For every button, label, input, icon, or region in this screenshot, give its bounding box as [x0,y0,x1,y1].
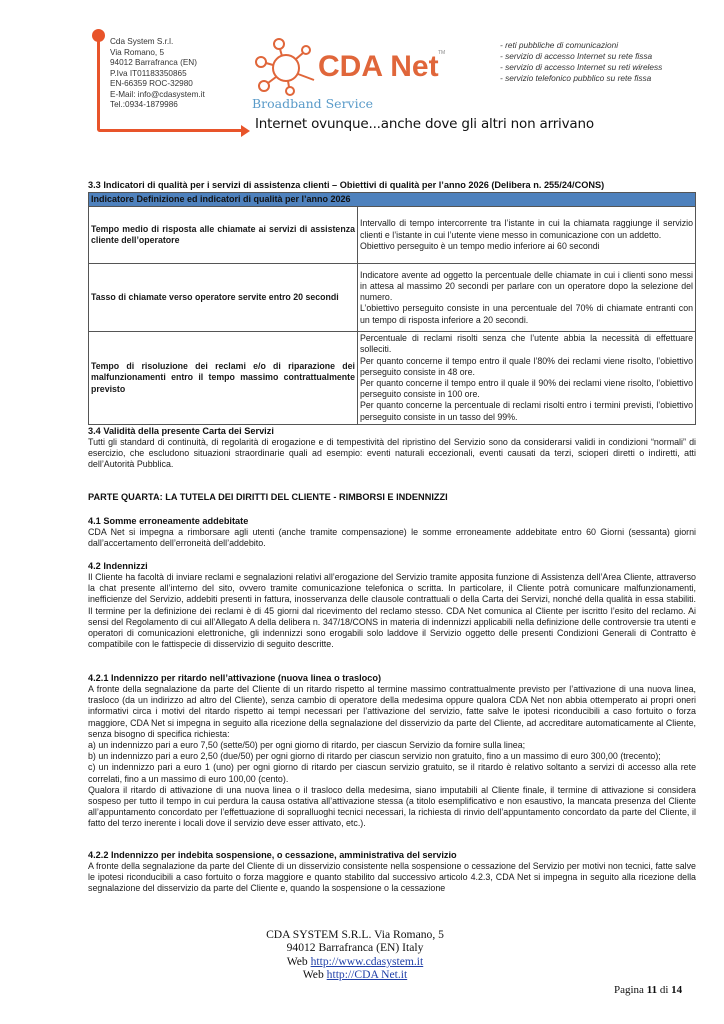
footer-city-line: 94012 Barrafranca (EN) Italy [200,941,510,954]
section-3-4-text: Tutti gli standard di continuità, di reg… [88,437,696,471]
header-accent-bar [97,34,100,132]
company-phone: Tel.:0934-1879986 [110,100,205,111]
definition-text: Per quanto concerne il tempo entro il qu… [360,378,693,400]
page-separator: di [660,984,669,996]
website-link-2[interactable]: http://CDA Net.it [327,968,408,981]
page-footer: CDA SYSTEM S.R.L. Via Romano, 5 94012 Ba… [200,928,510,982]
section-3-4-title: 3.4 Validità della presente Carta dei Se… [88,426,274,436]
definition-text: Indicatore avente ad oggetto la percentu… [360,270,693,304]
section-4-2-2-text: A fronte della segnalazione da parte del… [88,861,696,895]
services-list: - reti pubbliche di comunicazioni - serv… [500,40,662,84]
definition-cell: Intervallo di tempo intercorrente tra l’… [358,207,696,264]
brand-logo-text: CDA Net [318,50,439,84]
definition-text: Per quanto concerne il tempo entro il qu… [360,356,693,378]
list-item: c) un indennizzo pari a euro 1 (uno) per… [88,762,696,784]
header-accent-dot [92,29,105,42]
service-item: - servizio telefonico pubblico su rete f… [500,73,662,84]
page-prefix: Pagina [614,984,644,996]
definition-text: Per quanto concerne la percentuale di re… [360,400,693,422]
section-4-1-text: CDA Net si impegna a rimborsare agli ute… [88,527,696,549]
section-4-2-text: Il Cliente ha facoltà di inviare reclami… [88,572,696,650]
section-4-1-title: 4.1 Somme erroneamente addebitate [88,516,248,526]
table-header: Indicatore Definizione ed indicatori di … [89,193,696,207]
service-item: - servizio di accesso Internet su rete f… [500,51,662,62]
header-accent-bar-bottom [97,129,245,132]
footer-address-line: CDA SYSTEM S.R.L. Via Romano, 5 [200,928,510,941]
table-row: Tempo medio di risposta alle chiamate ai… [89,207,696,264]
indicator-cell: Tempo di risoluzione dei reclami e/o di … [89,332,358,425]
current-page: 11 [647,984,657,996]
total-pages: 14 [671,984,682,996]
service-item: - reti pubbliche di comunicazioni [500,40,662,51]
section-4-2-1-title: 4.2.1 Indennizzo per ritardo nell’attiva… [88,673,381,683]
company-vat: P.Iva IT01183350865 [110,69,205,80]
arrow-right-icon [241,125,250,137]
section-4-2-1-paragraph: Qualora il ritardo di attivazione di una… [88,785,696,830]
section-4-2-2-title: 4.2.2 Indennizzo per indebita sospension… [88,850,457,860]
page-number: Pagina 11 di 14 [614,984,682,996]
trademark-mark: TM [438,50,445,56]
company-info: Cda System S.r.l. Via Romano, 5 94012 Ba… [110,37,205,111]
quality-indicators-table: Indicatore Definizione ed indicatori di … [88,192,696,425]
web-label: Web [287,955,308,968]
definition-cell: Indicatore avente ad oggetto la percentu… [358,264,696,332]
indicator-cell: Tasso di chiamate verso operatore servit… [89,264,358,332]
table-row: Tempo di risoluzione dei reclami e/o di … [89,332,696,425]
brand-subtitle: Broadband Service [252,96,373,111]
definition-text: L’obiettivo perseguito consiste in una p… [360,303,693,325]
list-item: a) un indennizzo pari a euro 7,50 (sette… [88,740,696,751]
section-4-2-1-paragraph: A fronte della segnalazione da parte del… [88,684,696,740]
definition-text: Obiettivo perseguito è un tempo medio in… [360,241,693,252]
part-four-title: PARTE QUARTA: LA TUTELA DEI DIRITTI DEL … [88,492,448,502]
company-name: Cda System S.r.l. [110,37,205,48]
definition-cell: Percentuale di reclami risolti senza che… [358,332,696,425]
list-item: b) un indennizzo pari a euro 2,50 (due/5… [88,751,696,762]
section-4-2-1-body: A fronte della segnalazione da parte del… [88,684,696,830]
company-city: 94012 Barrafranca (EN) [110,58,205,69]
footer-web-line: Web http://CDA Net.it [200,968,510,981]
brand-tagline: Internet ovunque...anche dove gli altri … [255,116,594,132]
indicator-cell: Tempo medio di risposta alle chiamate ai… [89,207,358,264]
definition-text: Percentuale di reclami risolti senza che… [360,333,693,355]
section-3-3-title: 3.3 Indicatori di qualità per i servizi … [88,180,604,190]
service-item: - servizio di accesso Internet su reti w… [500,62,662,73]
table-row: Tasso di chiamate verso operatore servit… [89,264,696,332]
web-label: Web [303,968,324,981]
company-roc: EN-66359 ROC-32980 [110,79,205,90]
company-email: E-Mail: info@cdasystem.it [110,90,205,101]
section-4-2-title: 4.2 Indennizzi [88,561,148,571]
website-link[interactable]: http://www.cdasystem.it [311,955,424,968]
definition-text: Intervallo di tempo intercorrente tra l’… [360,218,693,240]
company-address: Via Romano, 5 [110,48,205,59]
footer-web-line: Web http://www.cdasystem.it [200,955,510,968]
